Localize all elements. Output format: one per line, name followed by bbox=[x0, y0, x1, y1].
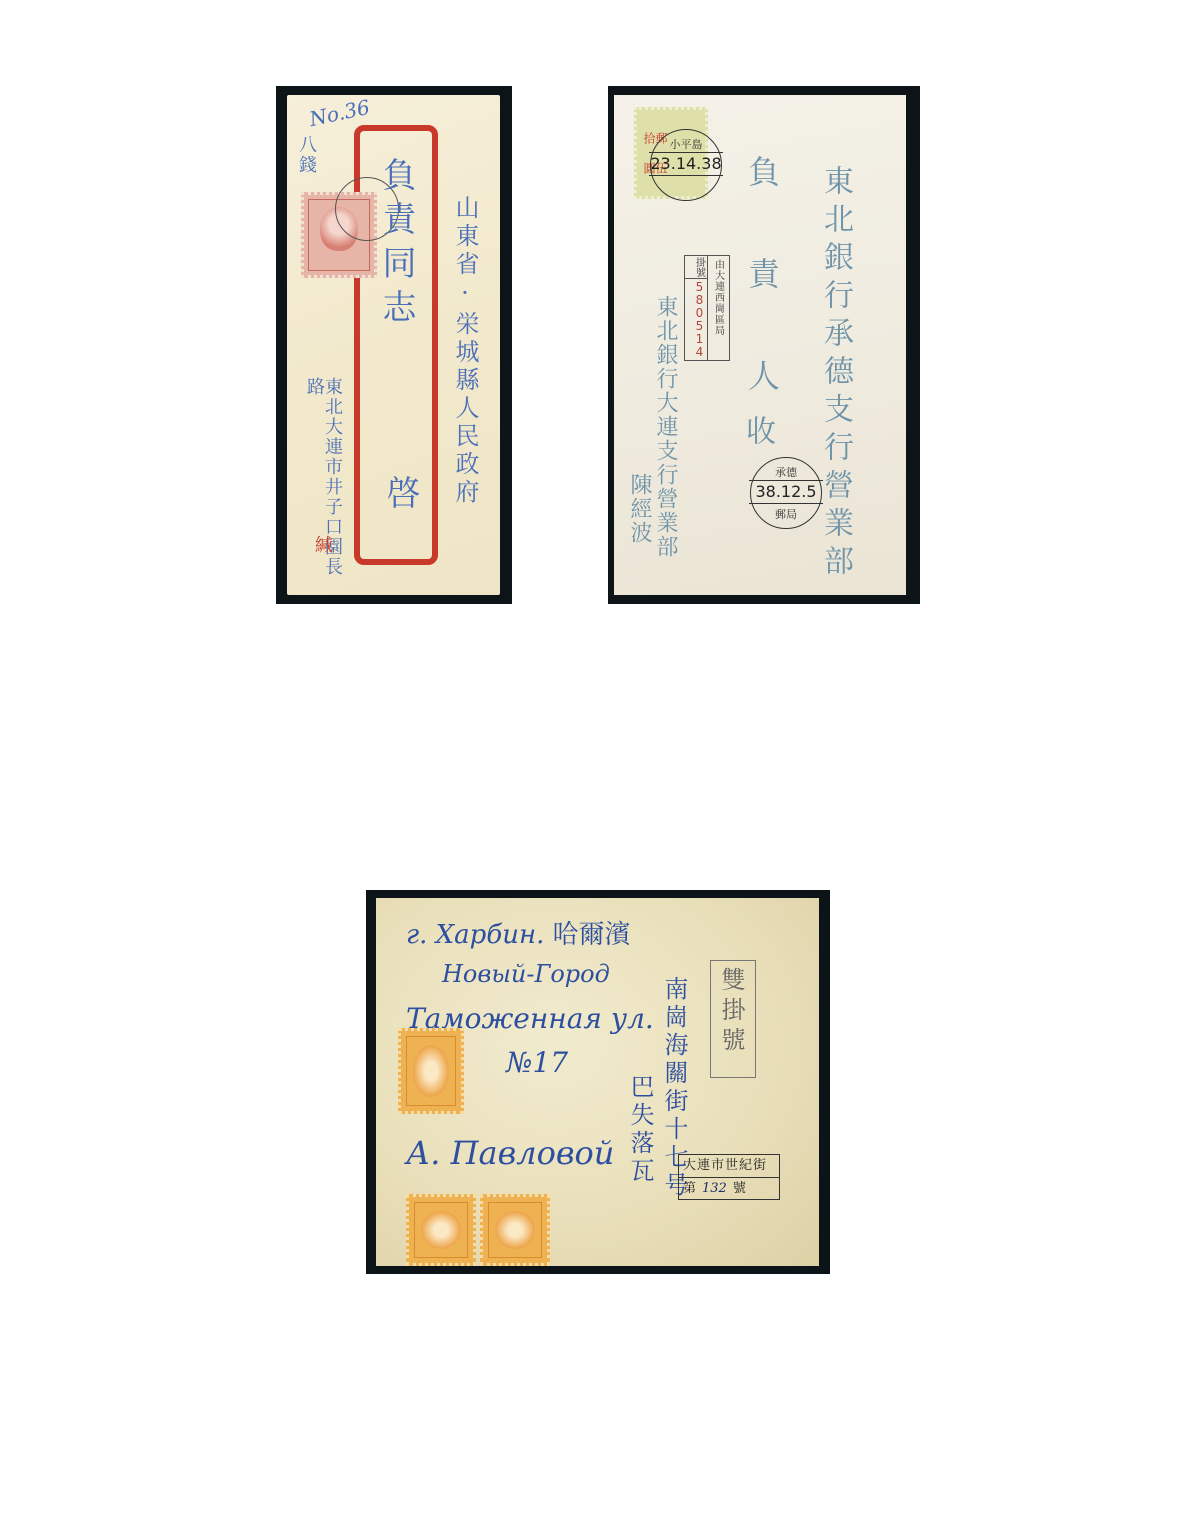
sender-address: 東北大連市井子口園長路 bbox=[305, 377, 341, 595]
origin-postmark: 小平島 23.14.38 bbox=[650, 129, 722, 201]
sender-house-number: 132 bbox=[702, 1181, 727, 1196]
addressee-cn: 巴失落瓦 bbox=[628, 1074, 652, 1186]
addressee-suffix: 啓 bbox=[383, 475, 417, 511]
envelope-1: No.36 八錢 負責同志 啓 山東省·栄城縣人民政府 東北大連市井子口園長路 … bbox=[287, 95, 500, 595]
sender-name: 陳經波 bbox=[628, 473, 650, 545]
addressee-suffix: 收 bbox=[742, 415, 772, 447]
postage-stamp-overprinted bbox=[398, 1028, 464, 1114]
addressee-organization: 東北銀行承德支行營業部 bbox=[820, 165, 850, 583]
envelope-3: г. Харбин. 哈爾濱 Новый-Город Таможенная ул… bbox=[376, 898, 819, 1266]
address-line-city-ru: г. Харбин. bbox=[406, 920, 544, 950]
address-line-number: №17 bbox=[506, 1046, 568, 1079]
envelope-2: 郵 伍 拾 圓 小平島 23.14.38 掛號 580514 由大連西崗區局 東… bbox=[614, 95, 906, 595]
postage-note: 八錢 bbox=[297, 135, 315, 175]
postage-stamp-pair-left bbox=[406, 1194, 476, 1266]
registered-handstamp: 雙掛號 bbox=[710, 960, 756, 1078]
registration-label: 掛號 580514 由大連西崗區局 bbox=[684, 255, 730, 361]
registration-number: 580514 bbox=[685, 280, 707, 358]
addressee-location: 山東省·栄城縣人民政府 bbox=[453, 195, 477, 507]
addressee-ru: А. Павловой bbox=[406, 1134, 614, 1172]
sender-address-box: 大連市世紀街 第132號 bbox=[678, 1154, 780, 1200]
sender-address: 東北銀行大連支行營業部 bbox=[654, 295, 676, 559]
addressee-name: 負責同志 bbox=[379, 157, 413, 333]
sender-seal: 緘 bbox=[313, 535, 331, 555]
arrival-postmark: 承德 38.12.5 郵局 bbox=[750, 457, 822, 529]
postage-stamp-pair-right bbox=[480, 1194, 550, 1266]
address-city-cn: 哈爾濱 bbox=[553, 920, 631, 950]
address-line-district: Новый-Город bbox=[442, 960, 610, 988]
